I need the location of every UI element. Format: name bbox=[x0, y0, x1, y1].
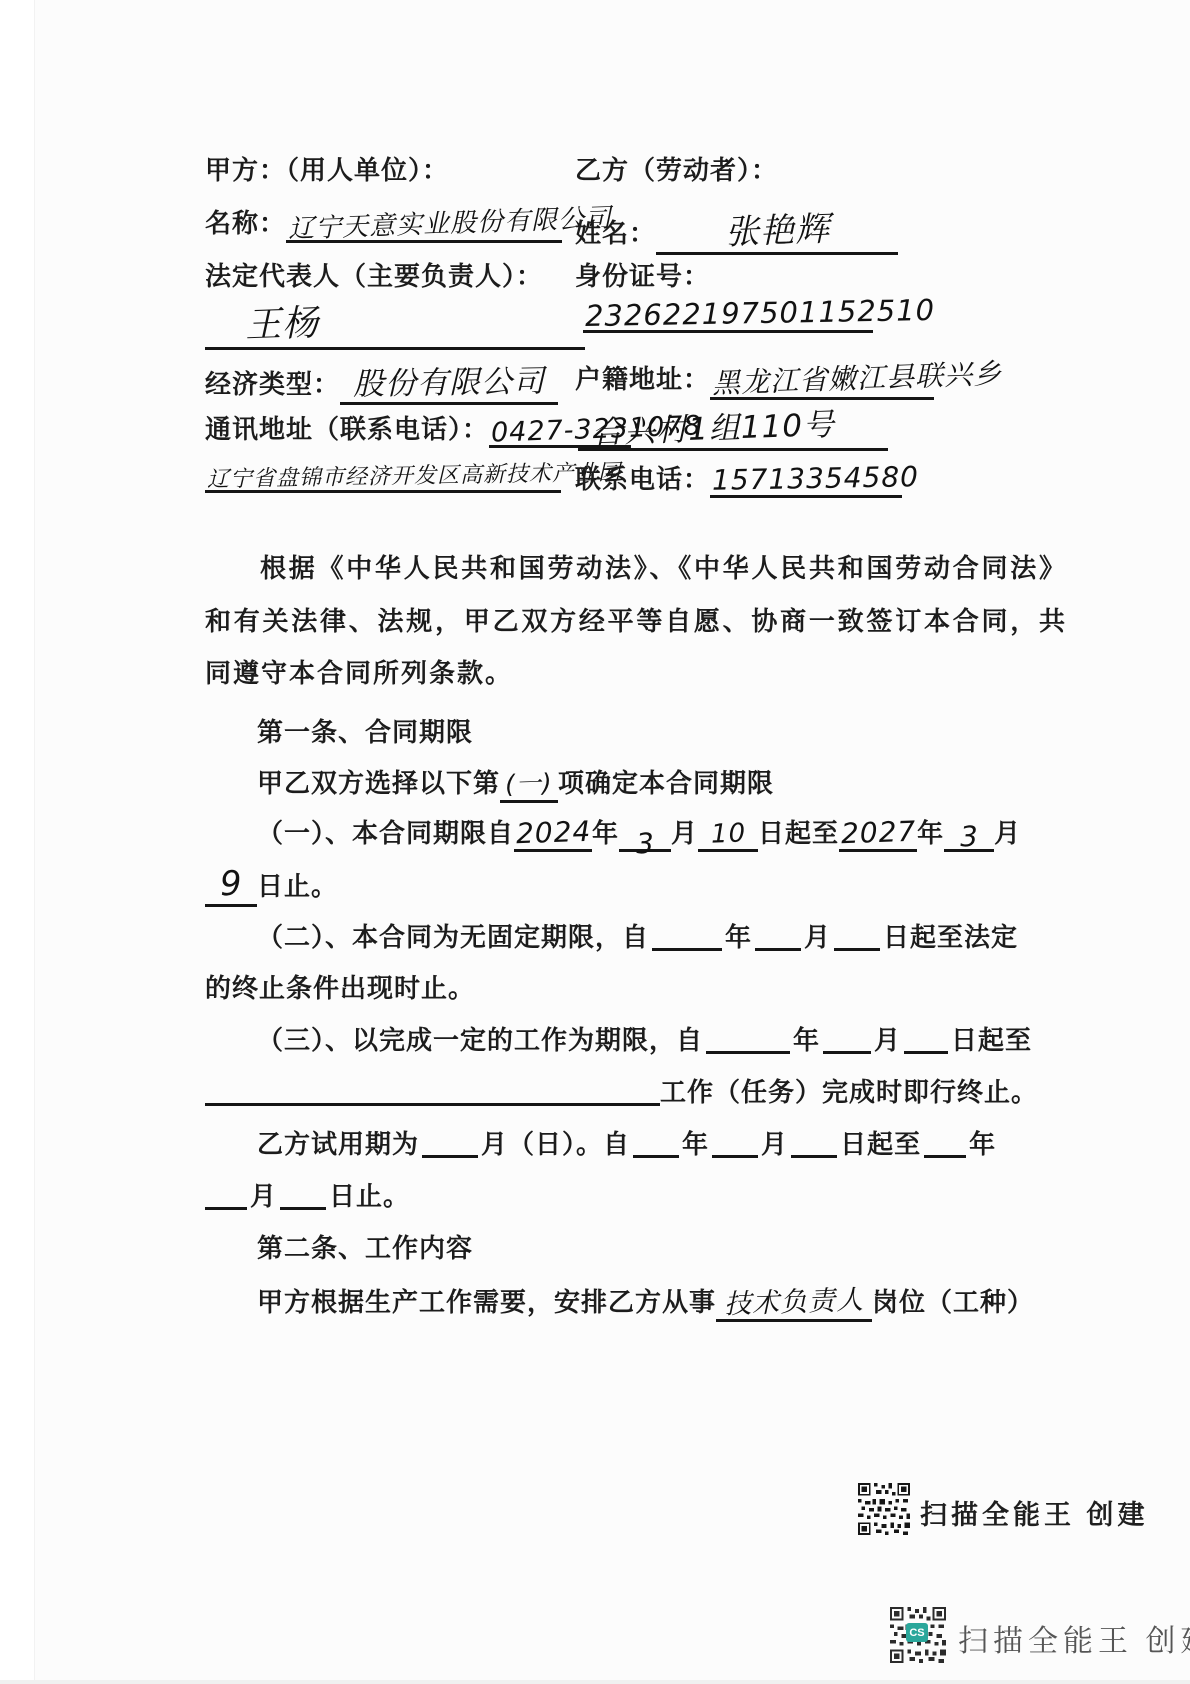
party-a-econ-label: 经济类型： bbox=[205, 369, 340, 399]
clause2-prefix: 甲方根据生产工作需要，安排乙方从事 bbox=[257, 1287, 716, 1317]
probation-end-day-blank bbox=[280, 1207, 326, 1210]
clause1-item1-line1: （一）、本合同期限自2024年3月10日起至2027年3月 bbox=[257, 813, 1021, 852]
probation-text-8: 日止。 bbox=[329, 1181, 410, 1211]
item1-end-day: 9 bbox=[219, 864, 243, 905]
item1-start-month-fill: 3 bbox=[619, 816, 671, 852]
item2-mid2: 月 bbox=[804, 922, 831, 952]
probation-text-4: 月 bbox=[761, 1129, 788, 1159]
party-a-legal-rep-label: 法定代表人（主要负责人）： bbox=[205, 256, 543, 293]
item1-start-month: 3 bbox=[635, 827, 655, 861]
preamble-paragraph: 根据《中华人民共和国劳动法》、《中华人民共和国劳动合同法》和有关法律、法规，甲乙… bbox=[205, 542, 1067, 700]
party-b-id-fill: 232622197501152510 bbox=[583, 296, 873, 333]
probation-month-blank bbox=[712, 1155, 758, 1158]
probation-text-6: 年 bbox=[969, 1129, 996, 1159]
item3-month-blank bbox=[823, 1051, 871, 1054]
item2-month-blank bbox=[755, 948, 801, 951]
item3-day-blank bbox=[904, 1051, 948, 1054]
probation-text-5: 日起至 bbox=[840, 1129, 921, 1159]
scan-left-edge bbox=[0, 0, 35, 1684]
party-a-name-row: 名称：辽宁天意实业股份有限公司 bbox=[205, 203, 562, 243]
item2-mid1: 年 bbox=[725, 922, 752, 952]
party-a-legal-rep-fill: 王杨 bbox=[205, 296, 585, 350]
item2-prefix: （二）、本合同为无固定期限，自 bbox=[257, 922, 649, 952]
party-b-header: 乙方（劳动者）： bbox=[575, 150, 778, 187]
item1-text-2: 年 bbox=[592, 818, 619, 848]
clause1-select-fill: (一) bbox=[500, 764, 558, 803]
party-a-name-label: 名称： bbox=[205, 208, 286, 238]
party-b-phone-row: 联系电话：15713354580 bbox=[575, 459, 902, 498]
party-b-residence-fill-1: 黑龙江省嫩江县联兴乡 bbox=[710, 357, 934, 400]
probation-end-month-blank bbox=[205, 1207, 247, 1210]
clause1-item2-line1: （二）、本合同为无固定期限，自年月日起至法定 bbox=[257, 917, 1018, 954]
party-b-residence-line2: 合兴村1组110号 bbox=[591, 399, 835, 452]
item3-task-blank bbox=[205, 1103, 660, 1106]
item1-text-3: 月 bbox=[671, 818, 698, 848]
party-b-name-fill: 张艳辉 bbox=[656, 203, 898, 255]
probation-text-2: 月（日）。自 bbox=[481, 1129, 630, 1159]
item2-day-blank bbox=[834, 948, 880, 951]
item1-text-4: 日起至 bbox=[758, 818, 839, 848]
party-b-name-value: 张艳辉 bbox=[724, 201, 831, 254]
item1-end-year: 2027 bbox=[841, 815, 917, 851]
item2-suffix: 日起至法定 bbox=[883, 922, 1018, 952]
probation-text-3: 年 bbox=[682, 1129, 709, 1159]
clause1-item3-line1: （三）、以完成一定的工作为期限，自年月日起至 bbox=[257, 1020, 1032, 1057]
clause1-select-line: 甲乙双方选择以下第(一)项确定本合同期限 bbox=[257, 763, 774, 803]
party-a-legal-rep-value: 王杨 bbox=[244, 295, 320, 349]
clause1-select-value: (一) bbox=[505, 763, 554, 801]
watermark-2-text: 扫描全能王 创建 bbox=[958, 1616, 1190, 1660]
probation-year-blank bbox=[633, 1155, 679, 1158]
clause2-position-value: 技术负责人 bbox=[723, 1278, 864, 1322]
item3-year-blank bbox=[706, 1051, 790, 1054]
item3-mid2: 月 bbox=[874, 1025, 901, 1055]
scan-bottom-edge bbox=[0, 1680, 1190, 1684]
party-b-id-value: 232622197501152510 bbox=[585, 293, 936, 333]
probation-end-year-blank bbox=[924, 1155, 966, 1158]
clause1-item2-line2: 的终止条件出现时止。 bbox=[205, 968, 475, 1005]
item1-text-1: （一）、本合同期限自 bbox=[257, 818, 514, 848]
party-a-comm-addr-row: 辽宁省盘锦市经济开发区高新技术产业园 bbox=[205, 459, 561, 493]
party-a-name-value: 辽宁天意实业股份有限公司 bbox=[287, 197, 612, 245]
item2-year-blank bbox=[652, 948, 722, 951]
watermark-1 bbox=[858, 1483, 910, 1540]
clause1-heading: 第一条、合同期限 bbox=[257, 712, 473, 749]
party-b-residence-row-2: 合兴村1组110号 bbox=[578, 403, 888, 451]
clause1-select-suffix: 项确定本合同期限 bbox=[558, 768, 774, 798]
probation-months-blank bbox=[422, 1155, 478, 1158]
probation-text-7: 月 bbox=[250, 1181, 277, 1211]
item1-end-day-fill: 9 bbox=[205, 864, 257, 907]
party-b-phone-value: 15713354580 bbox=[712, 460, 920, 497]
item3-line2-suffix: 工作（任务）完成时即行终止。 bbox=[660, 1077, 1038, 1107]
probation-text-1: 乙方试用期为 bbox=[257, 1129, 419, 1159]
probation-day-blank bbox=[791, 1155, 837, 1158]
item1-start-day: 10 bbox=[710, 818, 746, 849]
clause1-probation-line2: 月日止。 bbox=[205, 1176, 410, 1213]
qr-code-icon bbox=[858, 1483, 910, 1535]
party-a-legal-rep-row: 王杨 bbox=[205, 296, 585, 350]
party-b-id-row: 232622197501152510 bbox=[583, 296, 873, 333]
party-a-comm-addr-value: 辽宁省盘锦市经济开发区高新技术产业园 bbox=[207, 455, 621, 493]
party-b-phone-fill: 15713354580 bbox=[710, 462, 902, 498]
watermark-2: CS bbox=[890, 1606, 946, 1669]
item3-suffix: 日起至 bbox=[951, 1025, 1032, 1055]
item1-end-month: 3 bbox=[959, 820, 979, 854]
clause2-suffix: 岗位（工种） bbox=[872, 1287, 1034, 1317]
party-b-residence-row: 户籍地址：黑龙江省嫩江县联兴乡 bbox=[575, 357, 934, 400]
clause2-heading: 第二条、工作内容 bbox=[257, 1228, 473, 1265]
party-a-comm-label: 通讯地址（联系电话）： bbox=[205, 414, 489, 444]
party-a-comm-row: 通讯地址（联系电话）：0427-3231078 bbox=[205, 409, 631, 448]
party-b-residence-fill-2: 合兴村1组110号 bbox=[578, 403, 888, 451]
clause1-item3-line2: 工作（任务）完成时即行终止。 bbox=[205, 1072, 1038, 1109]
item1-text-6: 月 bbox=[994, 818, 1021, 848]
clause1-select-prefix: 甲乙双方选择以下第 bbox=[257, 768, 500, 798]
clause1-probation-line1: 乙方试用期为月（日）。自年月日起至年 bbox=[257, 1124, 996, 1161]
party-a-econ-value: 股份有限公司 bbox=[353, 355, 546, 403]
item3-prefix: （三）、以完成一定的工作为期限，自 bbox=[257, 1025, 703, 1055]
party-b-residence-line1: 黑龙江省嫩江县联兴乡 bbox=[711, 352, 1002, 402]
scanned-contract-page: 甲方：（用人单位）： 名称：辽宁天意实业股份有限公司 法定代表人（主要负责人）：… bbox=[0, 0, 1190, 1684]
party-b-id-label: 身份证号： bbox=[575, 256, 710, 293]
item1-start-year-fill: 2024 bbox=[514, 816, 592, 852]
party-a-name-fill: 辽宁天意实业股份有限公司 bbox=[286, 203, 562, 243]
item1-text-7: 日止。 bbox=[257, 871, 338, 901]
clause2-position-fill: 技术负责人 bbox=[716, 1280, 872, 1322]
party-b-residence-label: 户籍地址： bbox=[575, 364, 710, 394]
party-b-name-label: 姓名： bbox=[575, 218, 656, 248]
party-b-phone-label: 联系电话： bbox=[575, 464, 710, 494]
clause2-line: 甲方根据生产工作需要，安排乙方从事技术负责人岗位（工种） bbox=[257, 1280, 1034, 1322]
party-b-name-row: 姓名：张艳辉 bbox=[575, 203, 898, 255]
item3-mid1: 年 bbox=[793, 1025, 820, 1055]
clause1-item1-line2: 9日止。 bbox=[205, 864, 338, 907]
item1-end-year-fill: 2027 bbox=[839, 816, 917, 852]
party-a-header: 甲方：（用人单位）： bbox=[205, 150, 449, 187]
item1-start-year: 2024 bbox=[515, 815, 591, 851]
item1-start-day-fill: 10 bbox=[698, 818, 758, 852]
watermark-1-text: 扫描全能王 创建 bbox=[920, 1493, 1149, 1532]
cs-badge: CS bbox=[906, 1623, 928, 1642]
party-a-econ-row: 经济类型：股份有限公司 bbox=[205, 357, 558, 405]
party-a-econ-fill: 股份有限公司 bbox=[340, 357, 558, 405]
party-a-comm-addr-fill: 辽宁省盘锦市经济开发区高新技术产业园 bbox=[205, 459, 561, 493]
item1-end-month-fill: 3 bbox=[944, 816, 994, 852]
item1-text-5: 年 bbox=[917, 818, 944, 848]
